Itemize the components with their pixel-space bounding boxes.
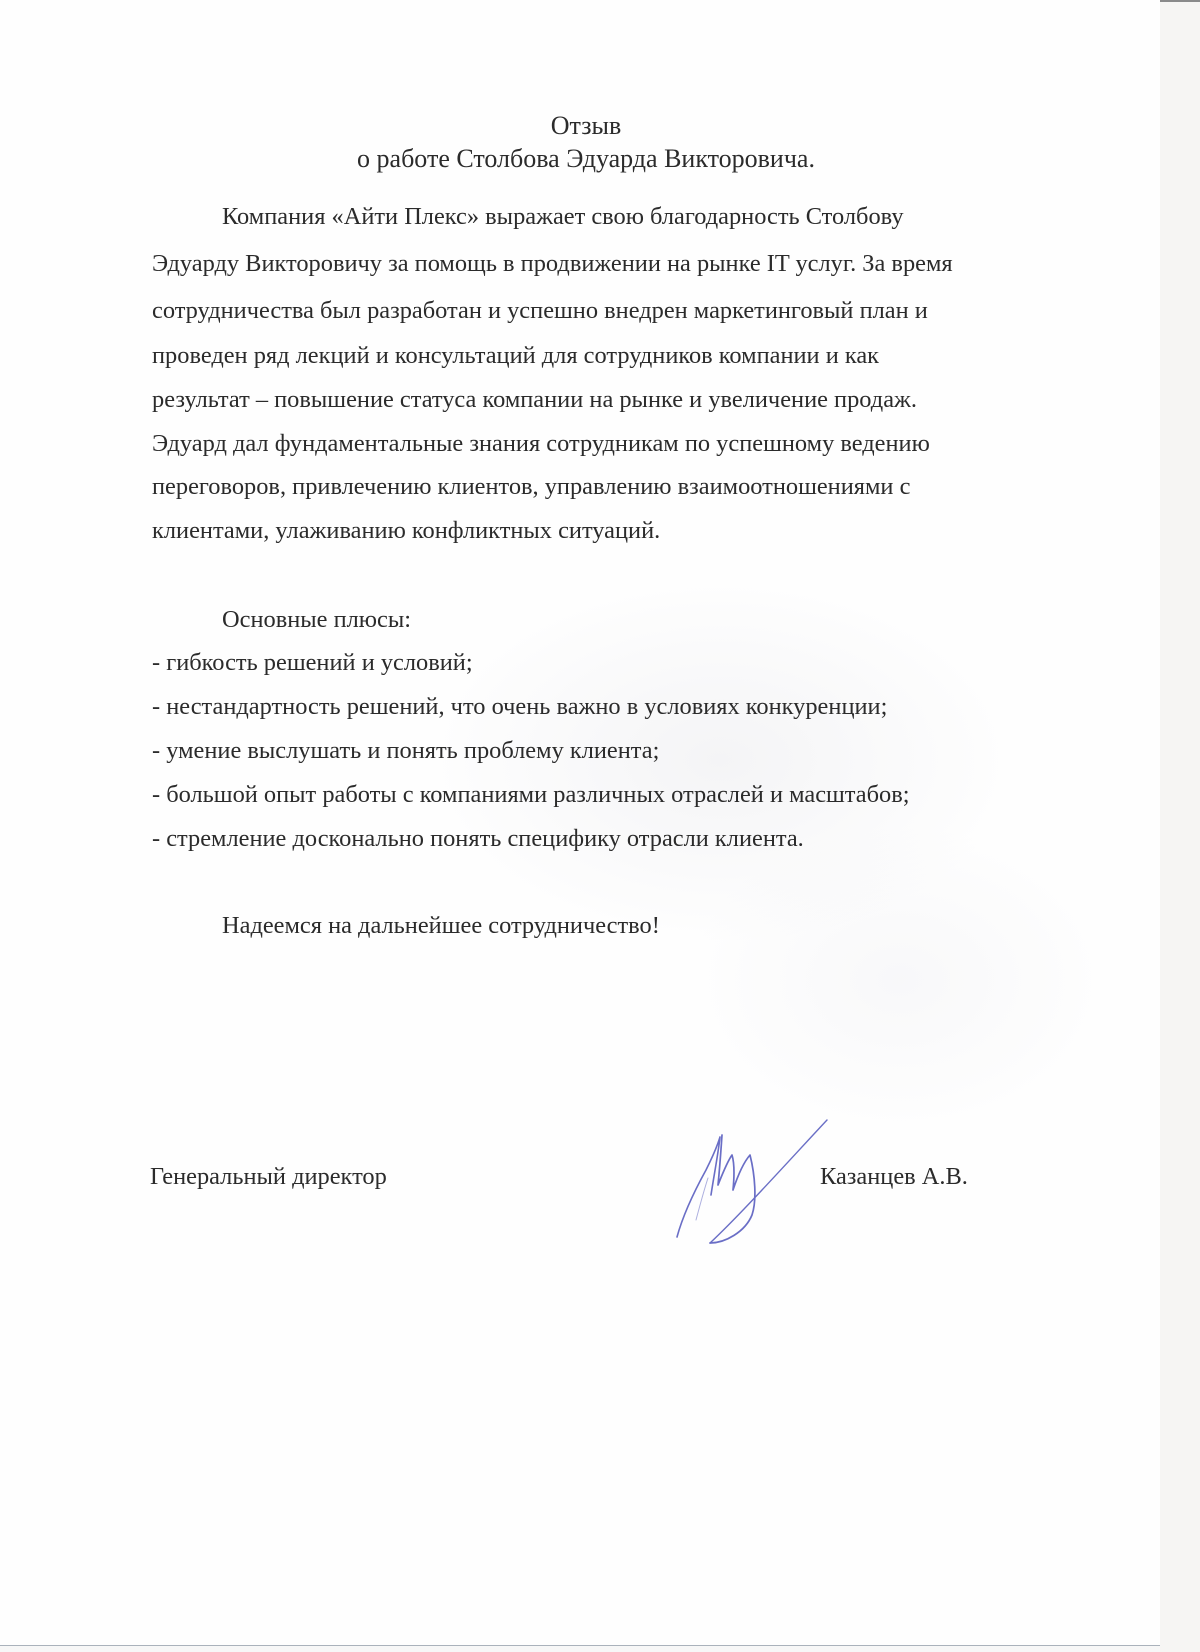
scan-edge-strip	[1160, 0, 1200, 1652]
advantage-item: - гибкость решений и условий;	[152, 648, 473, 678]
advantage-item: - большой опыт работы с компаниями разли…	[152, 780, 910, 810]
paragraph-line: переговоров, привлечению клиентов, управ…	[152, 472, 910, 502]
document-title: Отзыв	[0, 111, 1172, 141]
paragraph-line: Компания «Айти Плекс» выражает свою благ…	[222, 202, 904, 232]
advantage-item: - нестандартность решений, что очень важ…	[152, 692, 887, 722]
closing-line: Надеемся на дальнейшее сотрудничество!	[222, 911, 660, 941]
document-subtitle: о работе Столбова Эдуарда Викторовича.	[0, 144, 1172, 174]
paragraph-line: проведен ряд лекций и консультаций для с…	[152, 341, 879, 371]
paragraph-line: сотрудничества был разработан и успешно …	[152, 296, 928, 326]
signatory-name: Казанцев А.В.	[820, 1162, 968, 1192]
document-page: Отзыв о работе Столбова Эдуарда Викторов…	[0, 0, 1160, 1645]
paragraph-line: Эдуард дал фундаментальные знания сотруд…	[152, 429, 930, 459]
advantage-item: - умение выслушать и понять проблему кли…	[152, 736, 659, 766]
scan-bottom-edge	[0, 1645, 1160, 1652]
paragraph-line: результат – повышение статуса компании н…	[152, 385, 917, 415]
advantages-heading: Основные плюсы:	[222, 605, 411, 635]
paragraph-line: Эдуарду Викторовичу за помощь в продвиже…	[152, 249, 953, 279]
paragraph-line: клиентами, улаживанию конфликтных ситуац…	[152, 516, 660, 546]
advantage-item: - стремление досконально понять специфик…	[152, 824, 804, 854]
signatory-position: Генеральный директор	[150, 1162, 387, 1192]
